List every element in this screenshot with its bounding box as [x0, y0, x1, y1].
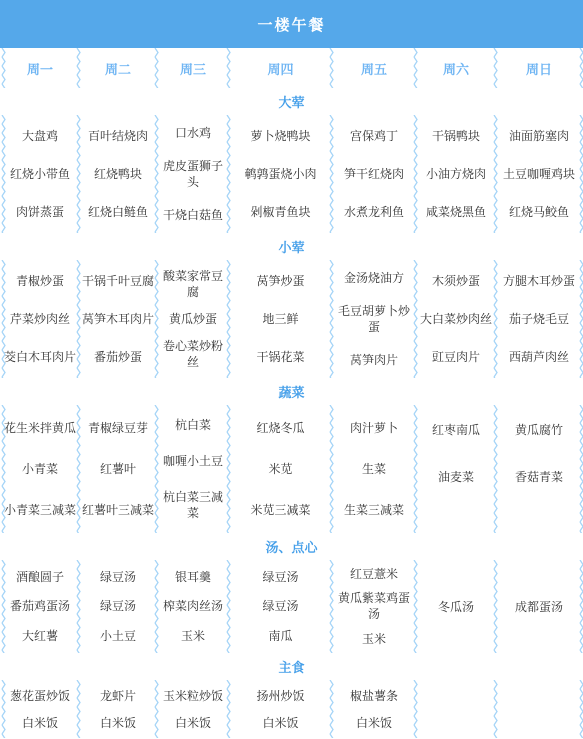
dish-item: 莴笋肉片: [335, 352, 413, 368]
menu-cell: 红枣南瓜油麦菜: [416, 405, 496, 533]
day-header-label: 周一: [27, 59, 53, 78]
dish-item: 红烧冬瓜: [232, 420, 329, 436]
section-body-row: 酒酿圆子番茄鸡蛋汤大红薯绿豆汤绿豆汤小土豆银耳羹榨菜肉丝汤玉米绿豆汤绿豆汤南瓜红…: [1, 560, 582, 653]
dish-item: 萝卜烧鸭块: [232, 128, 329, 144]
dish-item: 百叶结烧肉: [82, 128, 154, 144]
menu-cell: 方腿木耳炒蛋茄子烧毛豆西葫芦肉丝: [496, 260, 582, 378]
dish-item: 红烧白鲢鱼: [82, 204, 154, 220]
dish-item: 黄瓜炒蛋: [160, 311, 226, 327]
section-label: 汤、点心: [265, 537, 317, 556]
zigzag-divider: [578, 680, 583, 738]
menu-cell: 玉米粒炒饭白米饭: [157, 680, 229, 738]
dish-item: 玉米: [335, 631, 413, 647]
dish-item: 笋干红烧肉: [335, 166, 413, 182]
dish-item: 油麦菜: [419, 469, 493, 485]
dish-item: 油面筋塞肉: [499, 128, 579, 144]
dish-item: 黄瓜腐竹: [499, 422, 579, 438]
menu-cell: 成都蛋汤: [496, 560, 582, 653]
dish-item: 白米饭: [160, 715, 226, 731]
day-header-row: 周一周二周三周四周五周六周日: [1, 48, 582, 88]
section-label: 大荤: [278, 92, 304, 111]
menu-cell: 木须炒蛋大白菜炒肉丝豇豆肉片: [416, 260, 496, 378]
zigzag-divider: [578, 48, 583, 88]
dish-item: 绿豆汤: [232, 569, 329, 585]
dish-item: 咖喱小土豆: [160, 453, 226, 469]
dish-item: 番茄鸡蛋汤: [4, 598, 76, 614]
section-label-row: 蔬菜: [0, 378, 583, 405]
menu-cell: 扬州炒饭白米饭: [229, 680, 332, 738]
dish-item: 小油方烧肉: [419, 166, 493, 182]
zigzag-divider: [0, 48, 7, 88]
dish-item: 干锅鸭块: [419, 128, 493, 144]
dish-item: 白米饭: [4, 715, 76, 731]
dish-item: 红薯叶: [82, 461, 154, 477]
dish-item: 方腿木耳炒蛋: [499, 273, 579, 289]
dish-item: 口水鸡: [160, 125, 226, 141]
dish-item: 干锅花菜: [232, 349, 329, 365]
dish-item: 大盘鸡: [4, 128, 76, 144]
menu-cell: 青椒炒蛋芹菜炒肉丝茭白木耳肉片: [1, 260, 79, 378]
section-label-row: 大荤: [0, 88, 583, 115]
dish-item: 玉米: [160, 628, 226, 644]
section-label-row: 小荤: [0, 233, 583, 260]
dish-item: 香菇青菜: [499, 469, 579, 485]
dish-item: 小青菜: [4, 461, 76, 477]
day-header-label: 周二: [105, 59, 131, 78]
dish-item: 白米饭: [82, 715, 154, 731]
dish-item: 榨菜肉丝汤: [160, 598, 226, 614]
dish-item: 宫保鸡丁: [335, 128, 413, 144]
menu-cell: 椒盐薯条白米饭: [332, 680, 416, 738]
dish-item: 生菜三减菜: [335, 502, 413, 518]
day-header-cell: 周五: [332, 48, 416, 88]
dish-item: 绿豆汤: [82, 569, 154, 585]
section-body-row: 青椒炒蛋芹菜炒肉丝茭白木耳肉片干锅千叶豆腐莴笋木耳肉片番茄炒蛋酸菜家常豆腐黄瓜炒…: [1, 260, 582, 378]
dish-item: 小土豆: [82, 628, 154, 644]
dish-item: 银耳羹: [160, 569, 226, 585]
day-header-label: 周日: [526, 59, 552, 78]
day-header-label: 周四: [267, 59, 293, 78]
section-label-row: 汤、点心: [0, 533, 583, 560]
menu-cell: 绿豆汤绿豆汤小土豆: [79, 560, 157, 653]
dish-item: 红豆薏米: [335, 566, 413, 582]
dish-item: 肉饼蒸蛋: [4, 204, 76, 220]
dish-item: 白米饭: [335, 715, 413, 731]
dish-item: 红烧鸭块: [82, 166, 154, 182]
dish-item: 花生米拌黄瓜: [4, 420, 76, 436]
dish-item: 玉米粒炒饭: [160, 688, 226, 704]
dish-item: 成都蛋汤: [499, 599, 579, 615]
section-body-row: 大盘鸡红烧小带鱼肉饼蒸蛋百叶结烧肉红烧鸭块红烧白鲢鱼口水鸡虎皮蛋狮子头干烧白菇鱼…: [1, 115, 582, 233]
menu-cell: 莴笋炒蛋地三鲜干锅花菜: [229, 260, 332, 378]
dish-item: 葱花蛋炒饭: [4, 688, 76, 704]
menu-cell: 百叶结烧肉红烧鸭块红烧白鲢鱼: [79, 115, 157, 233]
dish-item: 鹌鹑蛋烧小肉: [232, 166, 329, 182]
menu-cell: 花生米拌黄瓜小青菜小青菜三减菜: [1, 405, 79, 533]
menu-cell: 红豆薏米黄瓜紫菜鸡蛋汤玉米: [332, 560, 416, 653]
day-header-cell: 周六: [416, 48, 496, 88]
dish-item: 木须炒蛋: [419, 273, 493, 289]
menu-cell: [416, 680, 496, 738]
dish-item: 土豆咖喱鸡块: [499, 166, 579, 182]
menu-cell: 杭白菜咖喱小土豆杭白菜三减菜: [157, 405, 229, 533]
dish-item: 黄瓜紫菜鸡蛋汤: [335, 590, 413, 622]
menu-cell: 龙虾片白米饭: [79, 680, 157, 738]
menu-cell: 红烧冬瓜米苋米苋三减菜: [229, 405, 332, 533]
page-title: 一楼午餐: [257, 14, 325, 35]
menu-cell: 青椒绿豆芽红薯叶红薯叶三减菜: [79, 405, 157, 533]
dish-item: 扬州炒饭: [232, 688, 329, 704]
menu-cell: 绿豆汤绿豆汤南瓜: [229, 560, 332, 653]
dish-item: 干锅千叶豆腐: [82, 273, 154, 289]
dish-item: 龙虾片: [82, 688, 154, 704]
dish-item: 番茄炒蛋: [82, 349, 154, 365]
dish-item: 红薯叶三减菜: [82, 502, 154, 518]
menu-cell: 干锅千叶豆腐莴笋木耳肉片番茄炒蛋: [79, 260, 157, 378]
day-header-cell: 周二: [79, 48, 157, 88]
dish-item: 米苋: [232, 461, 329, 477]
menu-cell: 葱花蛋炒饭白米饭: [1, 680, 79, 738]
dish-item: 莴笋木耳肉片: [82, 311, 154, 327]
day-header-cell: 周日: [496, 48, 582, 88]
dish-item: 干烧白菇鱼: [160, 207, 226, 223]
lunch-menu-table: 一楼午餐 周一周二周三周四周五周六周日 大荤大盘鸡红烧小带鱼肉饼蒸蛋百叶结烧肉红…: [0, 0, 583, 738]
dish-item: 西葫芦肉丝: [499, 349, 579, 365]
menu-cell: 大盘鸡红烧小带鱼肉饼蒸蛋: [1, 115, 79, 233]
dish-item: 酸菜家常豆腐: [160, 268, 226, 300]
dish-item: 肉汁萝卜: [335, 420, 413, 436]
dish-item: 青椒绿豆芽: [82, 420, 154, 436]
day-header-cell: 周一: [1, 48, 79, 88]
dish-item: 毛豆胡萝卜炒蛋: [335, 303, 413, 335]
dish-item: 绿豆汤: [232, 598, 329, 614]
menu-cell: 宫保鸡丁笋干红烧肉水煮龙利鱼: [332, 115, 416, 233]
day-header-cell: 周三: [157, 48, 229, 88]
section-label-row: 主食: [0, 653, 583, 680]
dish-item: 芹菜炒肉丝: [4, 311, 76, 327]
day-header-cell: 周四: [229, 48, 332, 88]
dish-item: 虎皮蛋狮子头: [160, 158, 226, 190]
menu-cell: 口水鸡虎皮蛋狮子头干烧白菇鱼: [157, 115, 229, 233]
dish-item: 茭白木耳肉片: [4, 349, 76, 365]
day-header-label: 周三: [180, 59, 206, 78]
menu-title-bar: 一楼午餐: [0, 0, 583, 48]
menu-sections: 大荤大盘鸡红烧小带鱼肉饼蒸蛋百叶结烧肉红烧鸭块红烧白鲢鱼口水鸡虎皮蛋狮子头干烧白…: [0, 88, 583, 738]
menu-cell: 萝卜烧鸭块鹌鹑蛋烧小肉剁椒青鱼块: [229, 115, 332, 233]
dish-item: 剁椒青鱼块: [232, 204, 329, 220]
dish-item: 大白菜炒肉丝: [419, 311, 493, 327]
section-label: 蔬菜: [278, 382, 304, 401]
dish-item: 红枣南瓜: [419, 422, 493, 438]
dish-item: 杭白菜: [160, 417, 226, 433]
dish-item: 大红薯: [4, 628, 76, 644]
menu-cell: 酒酿圆子番茄鸡蛋汤大红薯: [1, 560, 79, 653]
dish-item: 米苋三减菜: [232, 502, 329, 518]
dish-item: 酒酿圆子: [4, 569, 76, 585]
dish-item: 水煮龙利鱼: [335, 204, 413, 220]
dish-item: 杭白菜三减菜: [160, 489, 226, 521]
menu-cell: 冬瓜汤: [416, 560, 496, 653]
dish-item: 白米饭: [232, 715, 329, 731]
dish-item: 莴笋炒蛋: [232, 273, 329, 289]
dish-item: 茄子烧毛豆: [499, 311, 579, 327]
dish-item: 红烧马鲛鱼: [499, 204, 579, 220]
dish-item: 咸菜烧黑鱼: [419, 204, 493, 220]
section-body-row: 花生米拌黄瓜小青菜小青菜三减菜青椒绿豆芽红薯叶红薯叶三减菜杭白菜咖喱小土豆杭白菜…: [1, 405, 582, 533]
section-label: 主食: [278, 657, 304, 676]
dish-item: 南瓜: [232, 628, 329, 644]
menu-cell: 油面筋塞肉土豆咖喱鸡块红烧马鲛鱼: [496, 115, 582, 233]
dish-item: 冬瓜汤: [419, 599, 493, 615]
menu-cell: [496, 680, 582, 738]
menu-cell: 肉汁萝卜生菜生菜三减菜: [332, 405, 416, 533]
dish-item: 金汤烧油方: [335, 270, 413, 286]
section-body-row: 葱花蛋炒饭白米饭龙虾片白米饭玉米粒炒饭白米饭扬州炒饭白米饭椒盐薯条白米饭: [1, 680, 582, 738]
dish-item: 小青菜三减菜: [4, 502, 76, 518]
menu-cell: 黄瓜腐竹香菇青菜: [496, 405, 582, 533]
dish-item: 绿豆汤: [82, 598, 154, 614]
menu-cell: 银耳羹榨菜肉丝汤玉米: [157, 560, 229, 653]
day-header-label: 周五: [361, 59, 387, 78]
dish-item: 豇豆肉片: [419, 349, 493, 365]
dish-item: 红烧小带鱼: [4, 166, 76, 182]
menu-cell: 金汤烧油方毛豆胡萝卜炒蛋莴笋肉片: [332, 260, 416, 378]
dish-item: 椒盐薯条: [335, 688, 413, 704]
dish-item: 青椒炒蛋: [4, 273, 76, 289]
dish-item: 卷心菜炒粉丝: [160, 338, 226, 370]
day-header-label: 周六: [443, 59, 469, 78]
menu-cell: 干锅鸭块小油方烧肉咸菜烧黑鱼: [416, 115, 496, 233]
section-label: 小荤: [278, 237, 304, 256]
menu-cell: 酸菜家常豆腐黄瓜炒蛋卷心菜炒粉丝: [157, 260, 229, 378]
dish-item: 地三鲜: [232, 311, 329, 327]
dish-item: 生菜: [335, 461, 413, 477]
